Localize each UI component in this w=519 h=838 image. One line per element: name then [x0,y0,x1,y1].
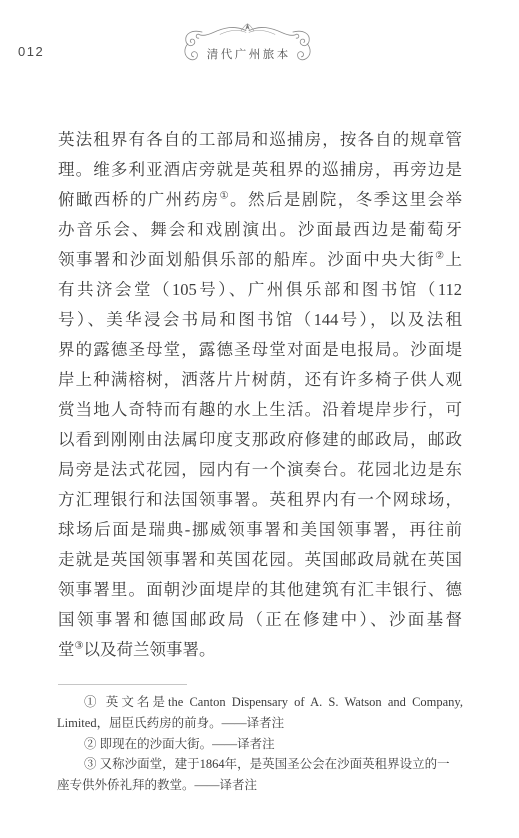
body-line: 国领事署和德国邮政局（正在修建中）、沙面基督 [58,605,462,635]
body-line: 英法租界有各自的工部局和巡捕房，按各自的规章管 [58,125,462,155]
footnote-line: ③ 又称沙面堂，建于1864年，是英国圣公会在沙面英租界设立的一 [57,754,463,775]
body-line: 理。维多利亚酒店旁就是英租界的巡捕房，再旁边是 [58,155,462,185]
footnote-reference: ① [220,191,230,202]
body-line: 有共济会堂（105号）、广州俱乐部和图书馆（112 [58,275,462,305]
running-head-title: 清代广州旅本 [181,46,314,62]
body-line: 领事署和沙面划船俱乐部的船库。沙面中央大街②上 [58,245,462,275]
footnote-line: ① 英文名是the Canton Dispensary of A. S. Wat… [57,692,463,713]
footnote-line: Limited，屈臣氏药房的前身。——译者注 [57,713,463,734]
body-line: 局旁是法式花园，园内有一个演奏台。花园北边是东 [58,455,462,485]
footnote-reference: ② [435,251,445,262]
body-text: 英法租界有各自的工部局和巡捕房，按各自的规章管理。维多利亚酒店旁就是英租界的巡捕… [58,125,462,665]
footnote-reference: ③ [75,641,84,652]
body-line: 堂③以及荷兰领事署。 [58,635,462,665]
body-line: 走就是英国领事署和英国花园。英国邮政局就在英国 [58,545,462,575]
page-header: 清代广州旅本 [181,22,314,66]
body-line: 球场后面是瑞典-挪威领事署和美国领事署，再往前 [58,515,462,545]
footnote-line: 座专供外侨礼拜的教堂。——译者注 [57,775,463,796]
body-line: 赏当地人奇特而有趣的水上生活。沿着堤岸步行，可 [58,395,462,425]
footnotes-section: ① 英文名是the Canton Dispensary of A. S. Wat… [57,692,463,796]
body-line: 方汇理银行和法国领事署。英租界内有一个网球场， [58,485,462,515]
footnote-rule [58,684,187,685]
body-line: 办音乐会、舞会和戏剧演出。沙面最西边是葡萄牙 [58,215,462,245]
body-line: 领事署里。面朝沙面堤岸的其他建筑有汇丰银行、德 [58,575,462,605]
body-line: 号）、美华浸会书局和图书馆（144号），以及法租 [58,305,462,335]
book-page: 012 清代广州旅本 英法租界有各自的工部局和巡捕房，按各自的规章管 [0,0,519,838]
body-line: 岸上种满榕树，洒落片片树荫，还有许多椅子供人观 [58,365,462,395]
body-line: 以看到刚刚由法属印度支那政府修建的邮政局，邮政 [58,425,462,455]
page-number: 012 [18,44,44,59]
body-line: 界的露德圣母堂，露德圣母堂对面是电报局。沙面堤 [58,335,462,365]
footnote-line: ② 即现在的沙面大街。——译者注 [57,734,463,755]
body-line: 俯瞰西桥的广州药房①。然后是剧院，冬季这里会举 [58,185,462,215]
